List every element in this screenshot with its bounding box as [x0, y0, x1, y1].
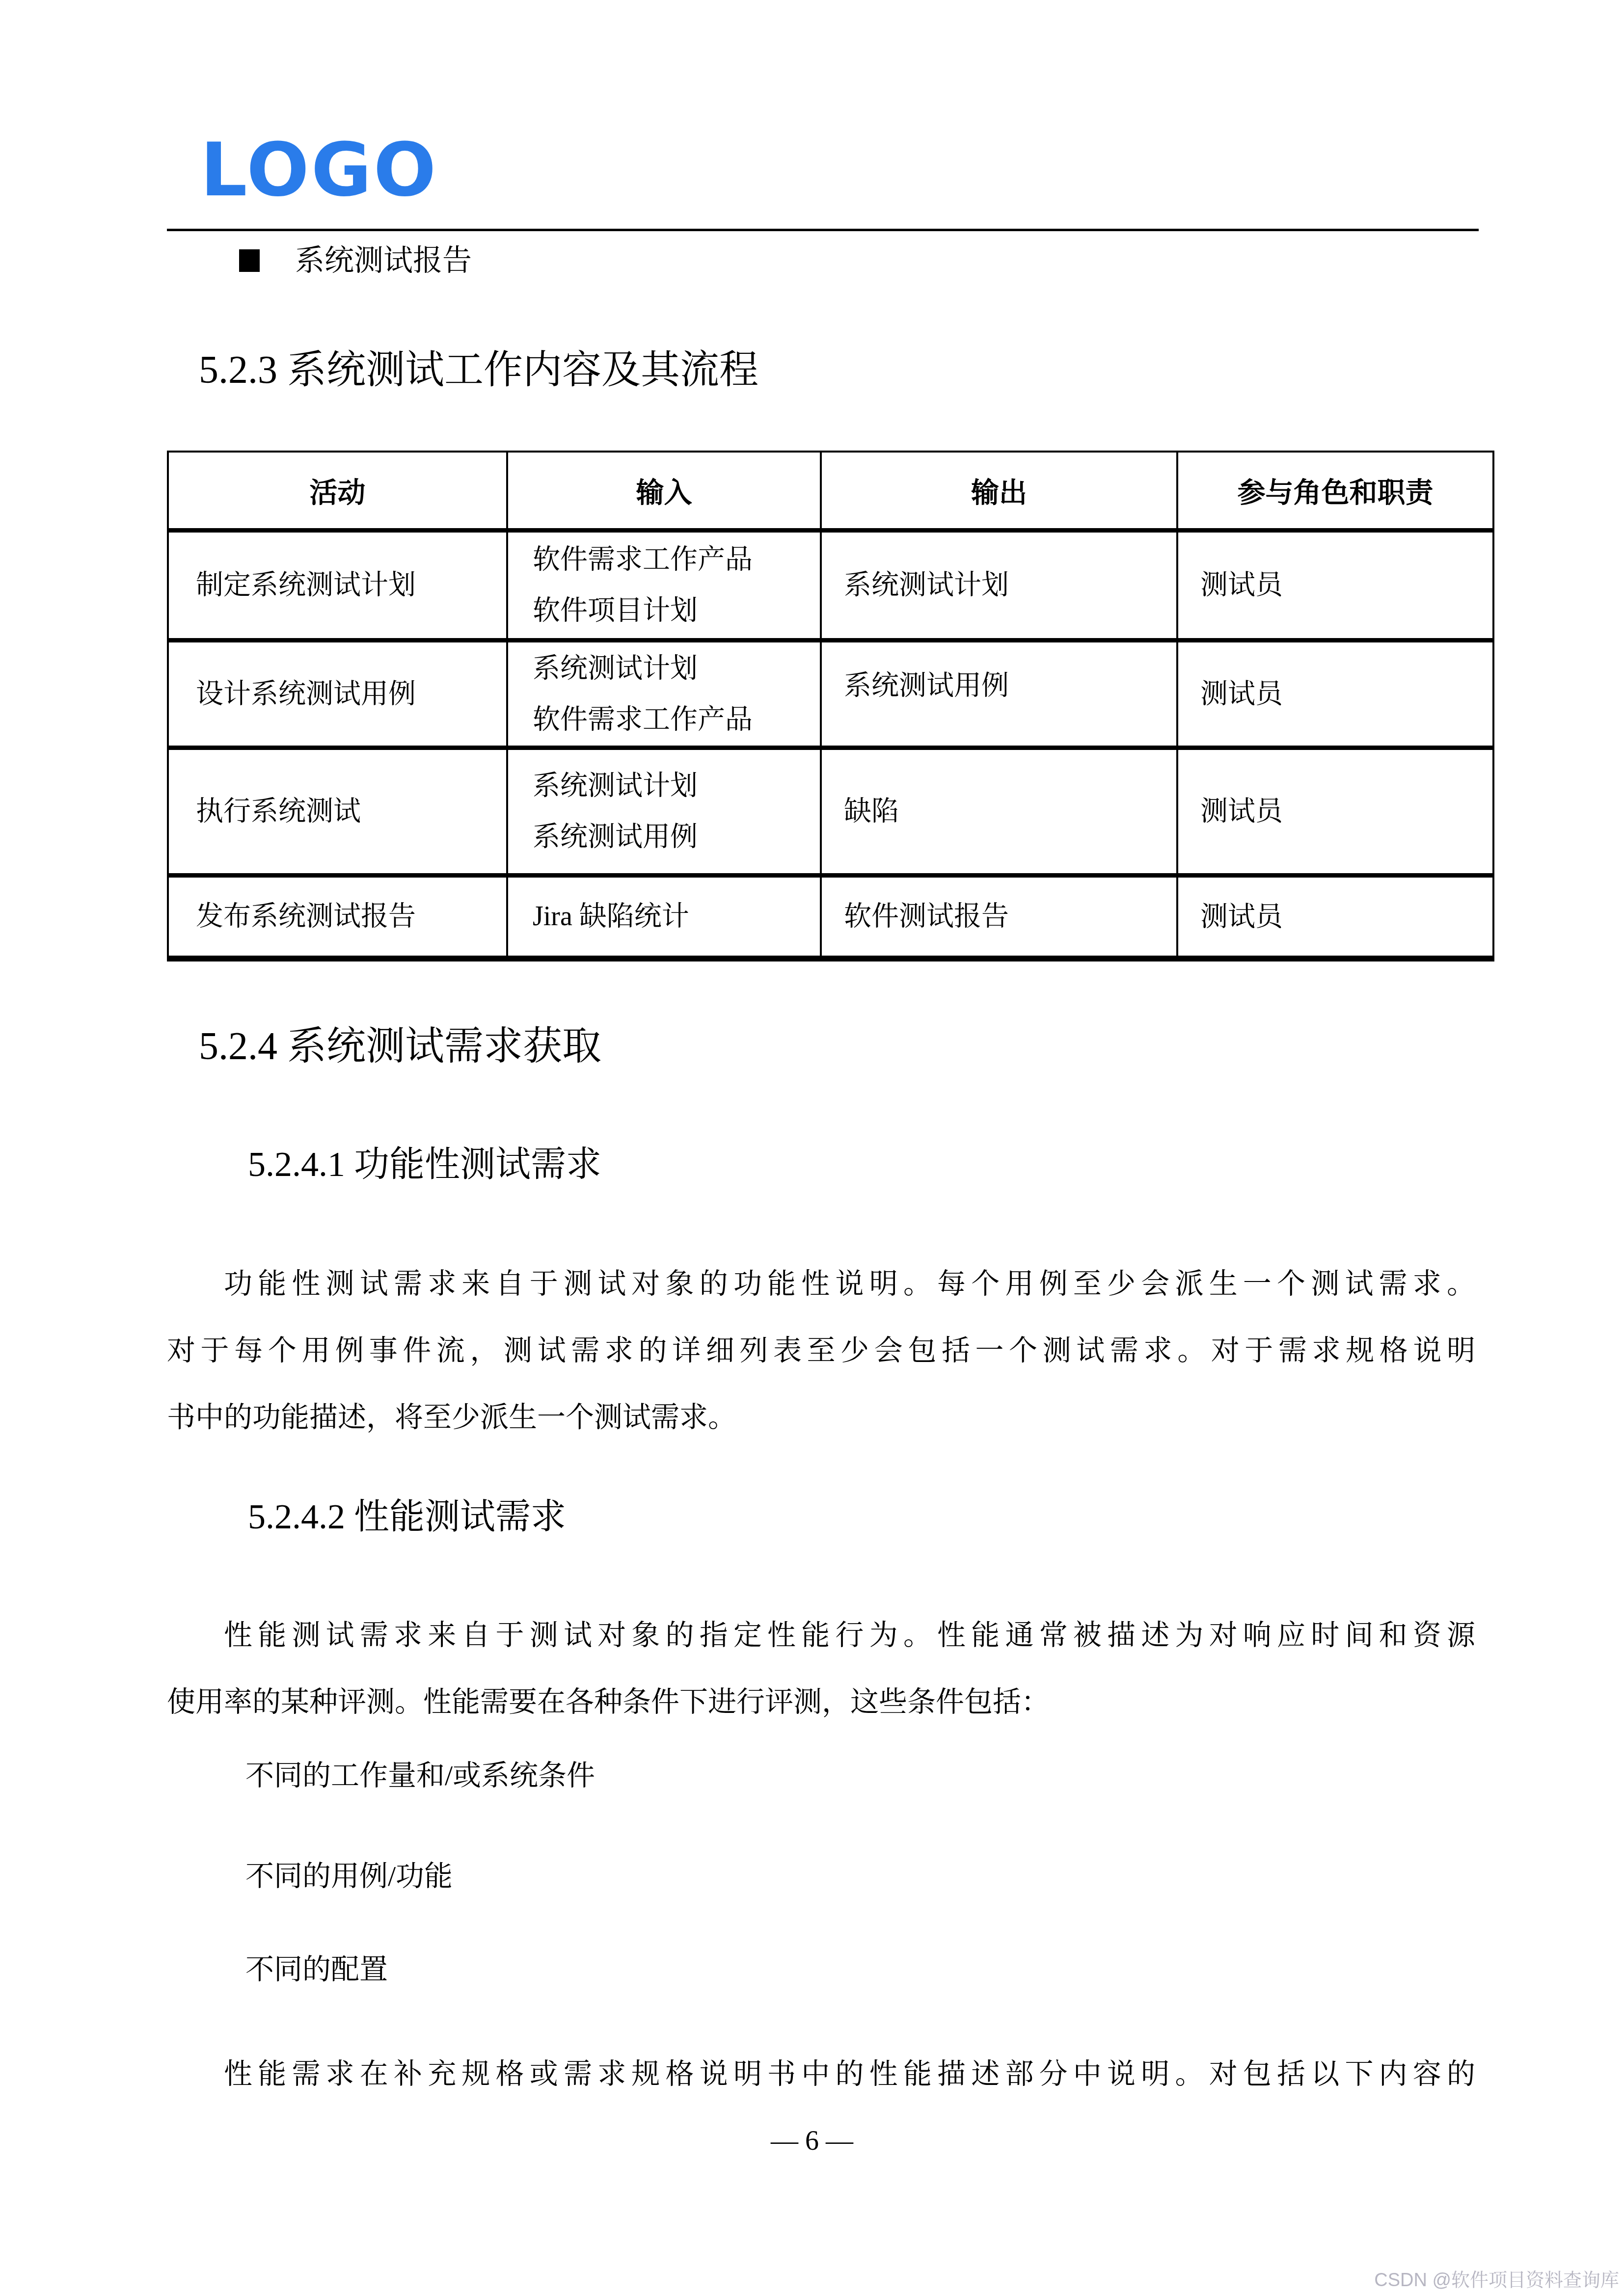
table-row: 制定系统测试计划 软件需求工作产品 软件项目计划 系统测试计划 测试员 [168, 530, 1493, 640]
table-row: 设计系统测试用例 系统测试计划 软件需求工作产品 系统测试用例 测试员 [168, 640, 1493, 748]
table-header-row: 活动 输入 输出 参与角色和职责 [168, 452, 1493, 530]
heading-5-2-4: 5.2.4 系统测试需求获取 [199, 1023, 601, 1070]
condition-item: 不同的用例/功能 [245, 1859, 453, 1894]
cell-output: 软件测试报告 [821, 875, 1177, 959]
col-header-input: 输入 [507, 452, 821, 530]
heading-5-2-3: 5.2.3 系统测试工作内容及其流程 [199, 347, 758, 394]
heading-5-2-4-1: 5.2.4.1 功能性测试需求 [248, 1143, 601, 1186]
paragraph-line: 对于每个用例事件流，测试需求的详细列表至少会包括一个测试需求。对于需求规格说明 [167, 1317, 1475, 1384]
cell-output: 缺陷 [821, 748, 1177, 875]
paragraph-closing: 性能需求在补充规格或需求规格说明书中的性能描述部分中说明。对包括以下内容的 [167, 2041, 1475, 2108]
cell-role: 测试员 [1177, 640, 1493, 748]
paragraph-functional: 功能性测试需求来自于测试对象的功能性说明。每个用例至少会派生一个测试需求。 对于… [167, 1251, 1475, 1451]
table-row: 发布系统测试报告 Jira 缺陷统计 软件测试报告 测试员 [168, 875, 1493, 959]
square-bullet-icon [239, 249, 260, 272]
cell-activity: 执行系统测试 [168, 748, 507, 875]
table-row: 执行系统测试 系统测试计划 系统测试用例 缺陷 测试员 [168, 748, 1493, 875]
paragraph-line: 功能性测试需求来自于测试对象的功能性说明。每个用例至少会派生一个测试需求。 [167, 1251, 1475, 1317]
doc-label: 系统测试报告 [239, 243, 472, 278]
cell-inputs: 软件需求工作产品 软件项目计划 [507, 530, 821, 640]
cell-activity: 发布系统测试报告 [168, 875, 507, 959]
csdn-watermark: CSDN @软件项目资料查询库 [1374, 2269, 1619, 2291]
paragraph-performance: 性能测试需求来自于测试对象的指定性能行为。性能通常被描述为对响应时间和资源 使用… [167, 1602, 1475, 1735]
condition-item: 不同的工作量和/或系统条件 [245, 1758, 595, 1793]
col-header-roles: 参与角色和职责 [1177, 452, 1493, 530]
cell-activity: 制定系统测试计划 [168, 530, 507, 640]
condition-item: 不同的配置 [245, 1952, 388, 1987]
paragraph-line: 性能测试需求来自于测试对象的指定性能行为。性能通常被描述为对响应时间和资源 [167, 1602, 1475, 1669]
paragraph-line: 书中的功能描述，将至少派生一个测试需求。 [167, 1384, 1475, 1451]
page-number: — 6 — [0, 2125, 1624, 2157]
paragraph-line: 性能需求在补充规格或需求规格说明书中的性能描述部分中说明。对包括以下内容的 [167, 2041, 1475, 2108]
doc-label-text: 系统测试报告 [295, 243, 472, 278]
cell-role: 测试员 [1177, 748, 1493, 875]
cell-role: 测试员 [1177, 875, 1493, 959]
col-header-activity: 活动 [168, 452, 507, 530]
col-header-output: 输出 [821, 452, 1177, 530]
test-process-table: 活动 输入 输出 参与角色和职责 制定系统测试计划 软件需求工作产品 软件项目计… [167, 451, 1494, 961]
cell-output: 系统测试计划 [821, 530, 1177, 640]
header-divider-line [167, 229, 1479, 231]
cell-activity: 设计系统测试用例 [168, 640, 507, 748]
cell-inputs: 系统测试计划 系统测试用例 [507, 748, 821, 875]
cell-inputs: 系统测试计划 软件需求工作产品 [507, 640, 821, 748]
document-page: LOGO 系统测试报告 5.2.3 系统测试工作内容及其流程 活动 输入 输出 … [0, 0, 1624, 2296]
company-logo: LOGO [200, 133, 438, 207]
paragraph-line: 使用率的某种评测。性能需要在各种条件下进行评测，这些条件包括： [167, 1669, 1475, 1735]
cell-output: 系统测试用例 [821, 640, 1177, 748]
cell-role: 测试员 [1177, 530, 1493, 640]
cell-inputs: Jira 缺陷统计 [507, 875, 821, 959]
heading-5-2-4-2: 5.2.4.2 性能测试需求 [248, 1495, 566, 1538]
